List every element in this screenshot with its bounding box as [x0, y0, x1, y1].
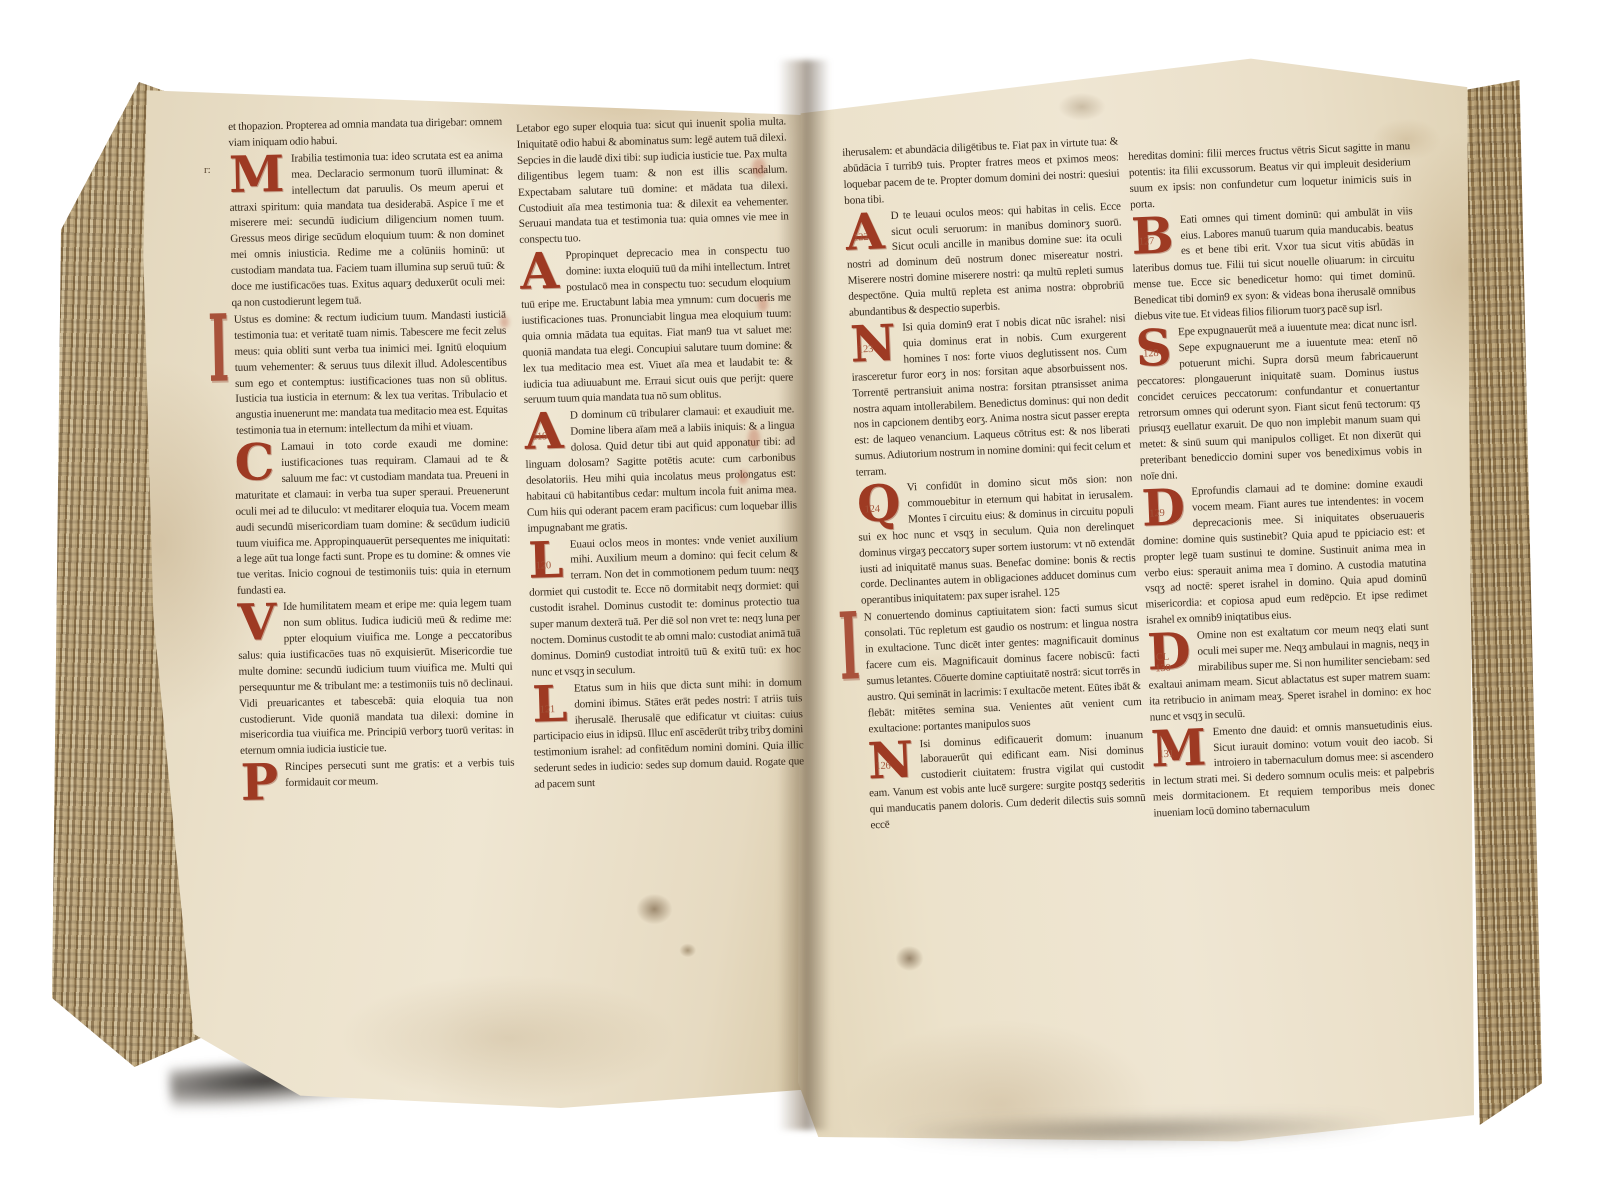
psalm-text: iherusalem: et abundācia diligētibus te.… [842, 135, 1120, 206]
rubricated-initial: L120 [528, 537, 571, 580]
psalm-paragraph: PRincipes persecuti sunt me gratis: et a… [240, 756, 515, 793]
psalm-number: 127 [1134, 236, 1158, 248]
psalm-text: hereditas domini: filii merces fructus v… [1128, 140, 1411, 211]
text-column-3: iherusalem: et abundācia diligētibus te.… [842, 134, 1147, 834]
psalm-paragraph: Q124Vi confidūt in domino sicut mōs sion… [856, 471, 1137, 610]
psalm-paragraph: VIde humilitatem meam et eripe me: quia … [237, 596, 514, 760]
rubricated-initial: M [229, 152, 292, 195]
rubricated-initial: D129 [1141, 485, 1193, 529]
rubricated-initial: I [837, 607, 861, 692]
rubricated-initial: A [520, 249, 567, 292]
rubricated-initial: M131 [1150, 725, 1214, 769]
right-fore-edge-leaves [1462, 80, 1542, 1125]
rubricated-initial: A119 [524, 409, 571, 452]
psalm-number: 123 [853, 344, 877, 356]
psalm-number: 119 [528, 431, 552, 443]
rubricated-initial: L121 [532, 681, 575, 724]
psalm-paragraph: MIrabilia testimonia tua: ideo scrutata … [229, 148, 506, 312]
continuation-paragraph: Letabor ego super eloquia tua: sicut qui… [516, 114, 789, 249]
psalm-text: Letabor ego super eloquia tua: sicut qui… [516, 115, 789, 246]
rubricated-initial: N126 [867, 737, 921, 781]
psalm-paragraph: B127Eati omnes qui timent dominū: qui am… [1130, 204, 1416, 326]
psalm-number: CL 130 [1150, 652, 1175, 675]
psalm-number: 124 [860, 504, 884, 516]
psalm-number: 126 [871, 760, 895, 772]
psalm-paragraph: D129Eprofundis clamaui ad te domine: dom… [1141, 476, 1428, 630]
psalm-paragraph: L120Euaui oclos meos in montes: vnde ven… [528, 531, 802, 682]
rubricated-initial: I [208, 309, 230, 393]
psalm-paragraph: N123Isi quia domin9 erat ī nobis dicat n… [849, 311, 1131, 481]
rubricated-initial: S128 [1135, 325, 1180, 369]
psalm-number: 128 [1139, 348, 1163, 360]
psalm-paragraph: M131Emento dne dauid: et omnis mansuetud… [1150, 716, 1435, 822]
rubricated-initial: B127 [1130, 213, 1181, 257]
continuation-paragraph: hereditas domini: filii merces fructus v… [1128, 139, 1412, 213]
psalm-paragraph: CLamaui in toto corde exaudi me domine: … [234, 436, 511, 600]
rubricated-initial: DCL 130 [1146, 629, 1198, 673]
rubricated-initial: Q124 [856, 481, 908, 525]
margin-mark: r: [204, 164, 211, 176]
psalm-paragraph: DCL 130Omine non est exaltatum cor meum … [1146, 620, 1431, 726]
psalm-paragraph: L121Etatus sum in hiis que dicta sunt mi… [532, 675, 805, 794]
psalm-number: 120 [531, 560, 555, 572]
psalm-text: Rincipes persecuti sunt me gratis: et a … [285, 757, 515, 789]
rubricated-initial: N123 [849, 321, 903, 365]
psalm-paragraph: N126Isi dominus edificauerit domum: inua… [867, 727, 1147, 834]
psalm-paragraph: IUstus es domine: & rectum iudicium tuum… [232, 308, 508, 440]
psalm-paragraph: A122D te leuaui oculos meos: qui habitas… [845, 199, 1125, 322]
rubricated-initial: A122 [845, 209, 892, 253]
psalm-text: Ustus es domine: & rectum iudicium tuum.… [234, 309, 508, 438]
rubricated-initial: C [234, 440, 281, 483]
rubricated-initial: P [240, 760, 285, 803]
psalm-text: Epe expugnauerūt meā a iuuentute mea: di… [1137, 317, 1422, 483]
psalm-paragraph: APpropinquet deprecacio mea in conspectu… [520, 243, 794, 410]
photo-of-open-incunable: r: et thopazion. Propterea ad omnia mand… [0, 0, 1600, 1200]
text-column-1: et thopazion. Propterea ad omnia mandata… [228, 115, 515, 803]
psalm-paragraph: S128Epe expugnauerūt meā a iuuentute mea… [1135, 316, 1423, 486]
psalm-paragraph: IN conuertendo dominus captiuitatem sion… [861, 599, 1142, 738]
text-column-2: Letabor ego super eloquia tua: sicut qui… [516, 114, 805, 793]
psalm-text: N conuertendo dominus captiuitatem sion:… [864, 600, 1142, 735]
psalm-number: 131 [1154, 748, 1178, 760]
rubricated-initial: V [237, 600, 283, 643]
psalm-number: 121 [535, 704, 559, 716]
continuation-paragraph: iherusalem: et abundācia diligētibus te.… [842, 134, 1120, 209]
psalm-paragraph: A119D dominum cū tribularer clamaui: et … [524, 403, 797, 538]
psalm-number: 129 [1145, 508, 1169, 520]
psalm-number: 122 [849, 231, 873, 243]
text-column-4: hereditas domini: filii merces fructus v… [1128, 139, 1436, 822]
